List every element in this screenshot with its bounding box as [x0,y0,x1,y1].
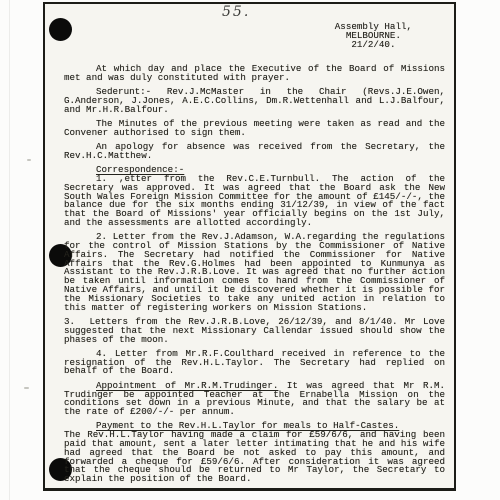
minutes-paragraph: The Minutes of the previous meeting were… [64,120,445,138]
address-date: 21/2/40. [335,41,412,50]
document-body: At which day and place the Executive of … [64,65,445,489]
payment-paragraph: The Rev.H.L.Taylor having made a claim f… [64,431,445,484]
correspondence-item-3: 3. Letters from the Rev.J.R.B.Love, 26/1… [64,318,445,344]
sederunt-paragraph: Sederunt:- Rev.J.McMaster in the Chair (… [64,88,445,114]
correspondence-item-2: 2. Letter from the Rev.J.Adamson, W.A.re… [64,233,445,312]
address-block: Assembly Hall, MELBOURNE. 21/2/40. [335,23,412,49]
scan-speck [27,159,31,161]
scanned-minutes-page: 55. Assembly Hall, MELBOURNE. 21/2/40. A… [0,0,500,500]
intro-paragraph: At which day and place the Executive of … [64,65,445,83]
scan-edge-shadow [9,0,10,500]
scan-speck [24,387,29,389]
page-number: 55. [222,4,250,20]
correspondence-item-4: 4. Letter from Mr.R.F.Coulthard received… [64,350,445,376]
document-page: 55. Assembly Hall, MELBOURNE. 21/2/40. A… [43,2,456,491]
apology-paragraph: An apology for absence was received from… [64,143,445,161]
appointment-paragraph: Appointment of Mr.R.M.Trudinger. It was … [64,382,445,417]
punch-hole-top [49,18,72,41]
correspondence-item-1: 1. ,etter from the Rev.C.E.Turnbull. The… [64,175,445,228]
